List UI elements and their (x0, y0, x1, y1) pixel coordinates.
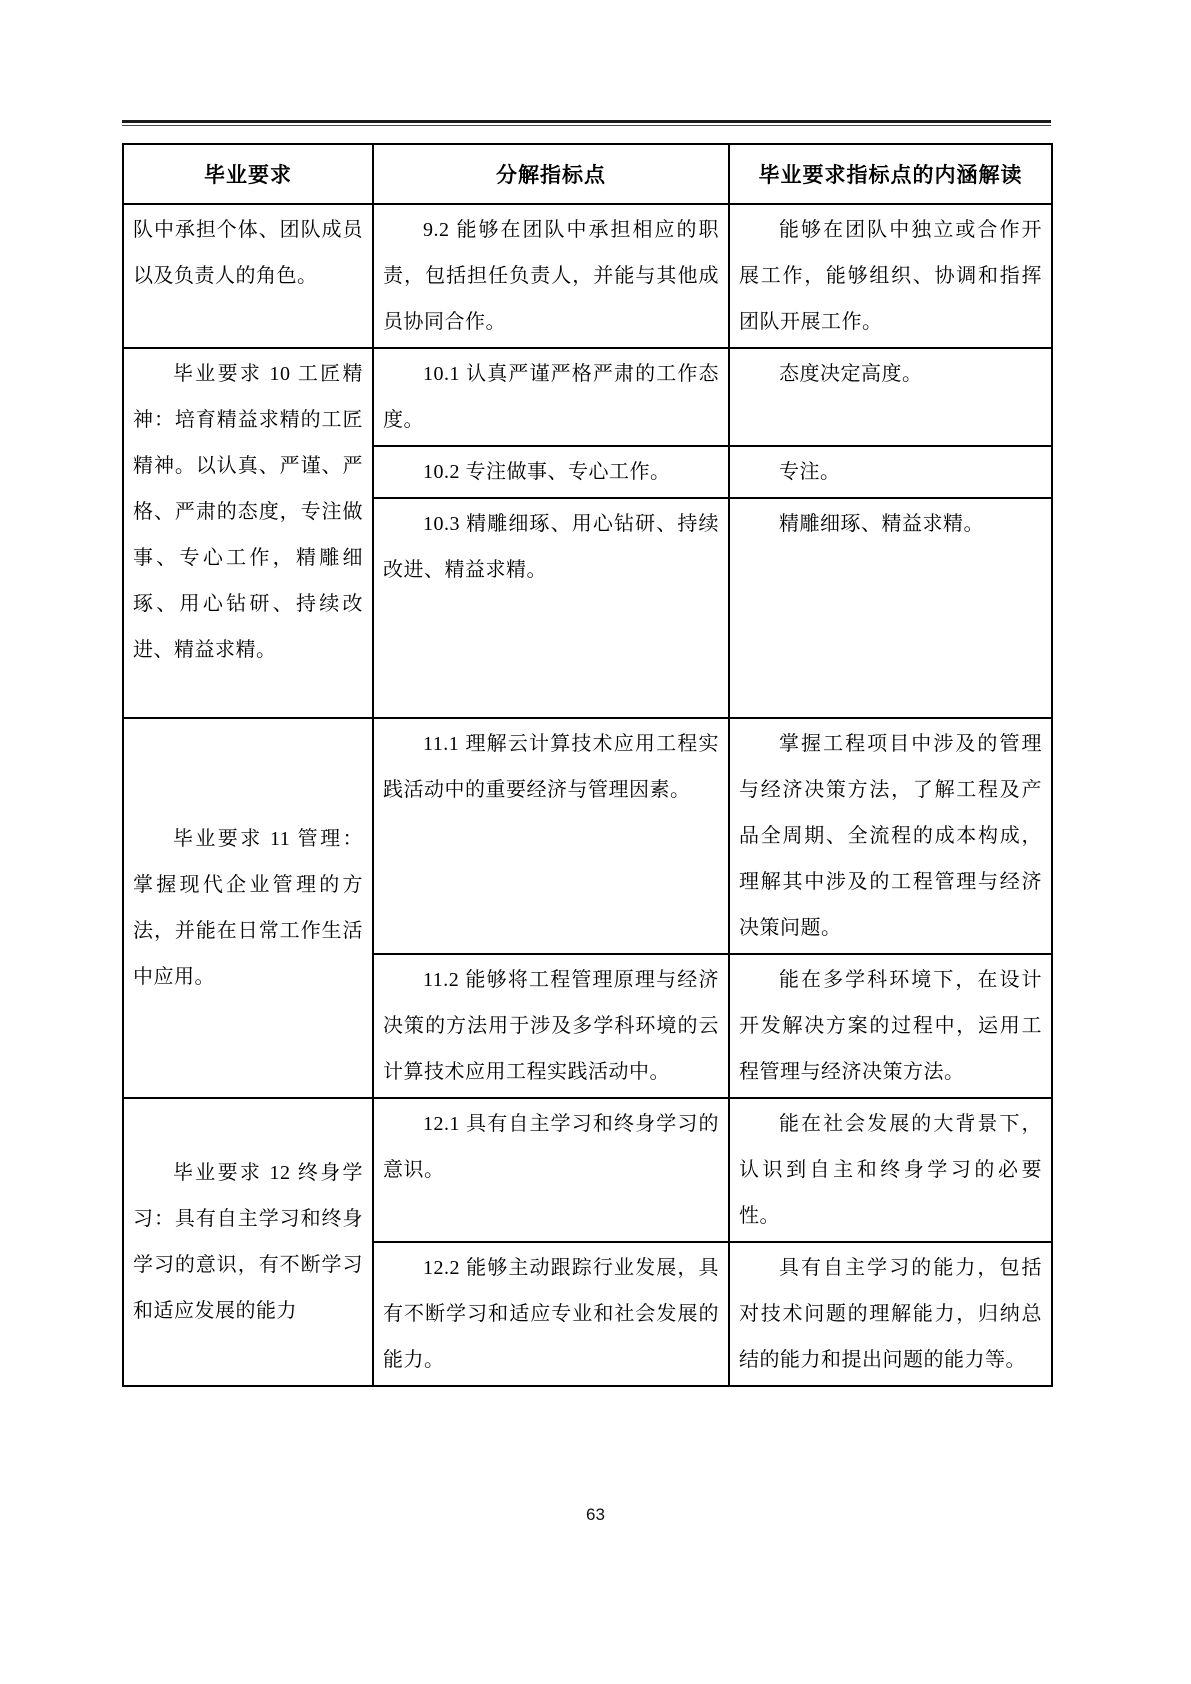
indicator-cell-11-2: 11.2 能够将工程管理原理与经济决策的方法用于涉及多学科环境的云计算技术应用工… (373, 954, 729, 1098)
interpretation-text-11-1: 掌握工程项目中涉及的管理与经济决策方法，了解工程及产品全周期、全流程的成本构成，… (739, 721, 1042, 951)
indicator-cell-10-2: 10.2 专注做事、专心工作。 (373, 446, 729, 498)
interpretation-cell-11-1: 掌握工程项目中涉及的管理与经济决策方法，了解工程及产品全周期、全流程的成本构成，… (729, 718, 1052, 954)
requirement-cell-9: 队中承担个体、团队成员以及负责人的角色。 (123, 204, 373, 348)
table-row: 毕业要求 12 终身学习：具有自主学习和终身学习的意识，有不断学习和适应发展的能… (123, 1098, 1052, 1242)
requirement-text-9: 队中承担个体、团队成员以及负责人的角色。 (133, 207, 363, 299)
indicator-text-10-2: 10.2 专注做事、专心工作。 (383, 449, 719, 495)
page-number: 63 (0, 1505, 1191, 1525)
table-row: 队中承担个体、团队成员以及负责人的角色。 9.2 能够在团队中承担相应的职责，包… (123, 204, 1052, 348)
interpretation-text-11-2: 能在多学科环境下，在设计开发解决方案的过程中，运用工程管理与经济决策方法。 (739, 957, 1042, 1095)
interpretation-cell-9-2: 能够在团队中独立或合作开展工作，能够组织、协调和指挥团队开展工作。 (729, 204, 1052, 348)
indicator-cell-12-1: 12.1 具有自主学习和终身学习的意识。 (373, 1098, 729, 1242)
requirement-cell-11: 毕业要求 11 管理：掌握现代企业管理的方法，并能在日常工作生活中应用。 (123, 718, 373, 1098)
requirement-cell-10: 毕业要求 10 工匠精神：培育精益求精的工匠精神。以认真、严谨、严格、严肃的态度… (123, 348, 373, 718)
graduation-requirements-table: 毕业要求 分解指标点 毕业要求指标点的内涵解读 队中承担个体、团队成员以及负责人… (122, 143, 1053, 1387)
requirement-cell-12: 毕业要求 12 终身学习：具有自主学习和终身学习的意识，有不断学习和适应发展的能… (123, 1098, 373, 1386)
interpretation-cell-12-1: 能在社会发展的大背景下，认识到自主和终身学习的必要性。 (729, 1098, 1052, 1242)
indicator-text-11-1: 11.1 理解云计算技术应用工程实践活动中的重要经济与管理因素。 (383, 721, 719, 813)
interpretation-text-10-3: 精雕细琢、精益求精。 (739, 501, 1042, 547)
indicator-text-10-1: 10.1 认真严谨严格严肃的工作态度。 (383, 351, 719, 443)
interpretation-text-12-2: 具有自主学习的能力，包括对技术问题的理解能力，归纳总结的能力和提出问题的能力等。 (739, 1245, 1042, 1383)
page-header-rule (122, 120, 1051, 126)
table-row: 毕业要求 11 管理：掌握现代企业管理的方法，并能在日常工作生活中应用。 11.… (123, 718, 1052, 954)
header-col-indicator: 分解指标点 (373, 144, 729, 204)
indicator-cell-12-2: 12.2 能够主动跟踪行业发展，具有不断学习和适应专业和社会发展的能力。 (373, 1242, 729, 1386)
table-header-row: 毕业要求 分解指标点 毕业要求指标点的内涵解读 (123, 144, 1052, 204)
indicator-cell-10-1: 10.1 认真严谨严格严肃的工作态度。 (373, 348, 729, 446)
table-row: 毕业要求 10 工匠精神：培育精益求精的工匠精神。以认真、严谨、严格、严肃的态度… (123, 348, 1052, 446)
interpretation-cell-10-1: 态度决定高度。 (729, 348, 1052, 446)
indicator-text-12-1: 12.1 具有自主学习和终身学习的意识。 (383, 1101, 719, 1193)
requirement-text-11: 毕业要求 11 管理：掌握现代企业管理的方法，并能在日常工作生活中应用。 (133, 816, 363, 1000)
indicator-text-11-2: 11.2 能够将工程管理原理与经济决策的方法用于涉及多学科环境的云计算技术应用工… (383, 957, 719, 1095)
header-col-requirement: 毕业要求 (123, 144, 373, 204)
interpretation-text-10-2: 专注。 (739, 449, 1042, 495)
header-col-interpretation: 毕业要求指标点的内涵解读 (729, 144, 1052, 204)
requirement-text-10: 毕业要求 10 工匠精神：培育精益求精的工匠精神。以认真、严谨、严格、严肃的态度… (133, 351, 363, 673)
indicator-text-12-2: 12.2 能够主动跟踪行业发展，具有不断学习和适应专业和社会发展的能力。 (383, 1245, 719, 1383)
indicator-cell-10-3: 10.3 精雕细琢、用心钻研、持续改进、精益求精。 (373, 498, 729, 718)
interpretation-text-12-1: 能在社会发展的大背景下，认识到自主和终身学习的必要性。 (739, 1101, 1042, 1239)
interpretation-cell-10-3: 精雕细琢、精益求精。 (729, 498, 1052, 718)
indicator-text-9-2: 9.2 能够在团队中承担相应的职责，包括担任负责人，并能与其他成员协同合作。 (383, 207, 719, 345)
requirement-text-12: 毕业要求 12 终身学习：具有自主学习和终身学习的意识，有不断学习和适应发展的能… (133, 1150, 363, 1334)
interpretation-cell-10-2: 专注。 (729, 446, 1052, 498)
indicator-cell-9-2: 9.2 能够在团队中承担相应的职责，包括担任负责人，并能与其他成员协同合作。 (373, 204, 729, 348)
interpretation-text-10-1: 态度决定高度。 (739, 351, 1042, 397)
indicator-text-10-3: 10.3 精雕细琢、用心钻研、持续改进、精益求精。 (383, 501, 719, 593)
indicator-cell-11-1: 11.1 理解云计算技术应用工程实践活动中的重要经济与管理因素。 (373, 718, 729, 954)
interpretation-text-9-2: 能够在团队中独立或合作开展工作，能够组织、协调和指挥团队开展工作。 (739, 207, 1042, 345)
interpretation-cell-11-2: 能在多学科环境下，在设计开发解决方案的过程中，运用工程管理与经济决策方法。 (729, 954, 1052, 1098)
interpretation-cell-12-2: 具有自主学习的能力，包括对技术问题的理解能力，归纳总结的能力和提出问题的能力等。 (729, 1242, 1052, 1386)
